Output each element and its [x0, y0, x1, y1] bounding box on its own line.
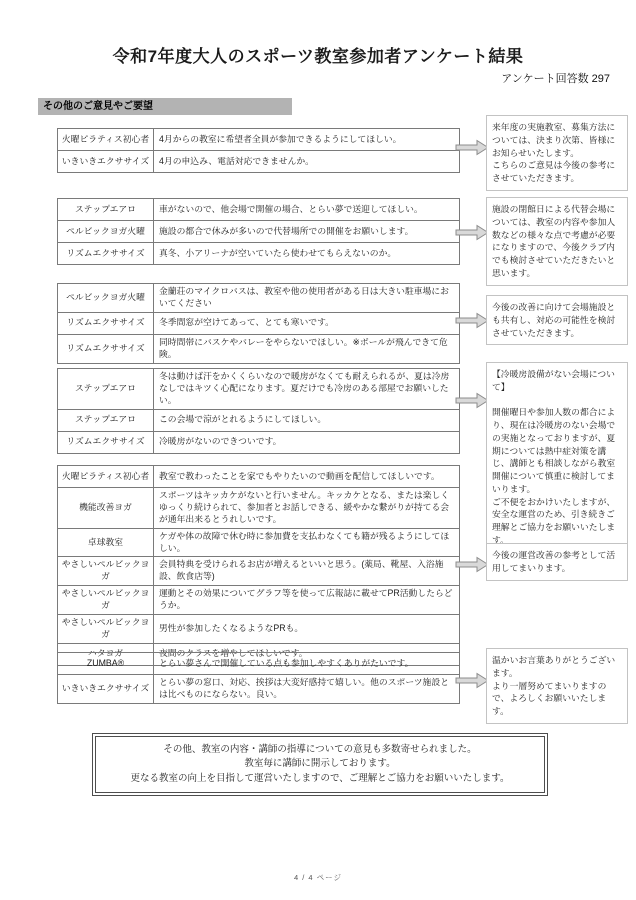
- closing-note-text: その他、教室の内容・講師の指導についての意見も多数寄せられました。 教室毎に講師…: [95, 736, 545, 793]
- arrow-right-icon: [455, 672, 489, 689]
- table-row: 卓球教室ケガや体の故障で休む時に参加費を支払わなくても籍が残るようにしてほしい。: [58, 528, 460, 557]
- arrow-right-icon: [455, 312, 489, 329]
- comment-cell: スポーツはキッカケがないと行いません。キッカケとなる、または楽しくゆっくり続けら…: [154, 488, 460, 529]
- comment-cell: 冬は動けば汗をかくくらいなので暖房がなくても耐えられるが、夏は冷房なしではキツく…: [154, 369, 460, 410]
- comment-table: 火曜ピラティス初心者教室で教わったことを家でもやりたいので動画を配信してほしいで…: [57, 465, 460, 666]
- class-name-cell: リズムエクササイズ: [58, 243, 154, 265]
- class-name-cell: ZUMBA®: [58, 653, 154, 675]
- comment-cell: 車がないので、他会場で開催の場合、とらい夢で送迎してほしい。: [154, 199, 460, 221]
- class-name-cell: 卓球教室: [58, 528, 154, 557]
- comment-cell: 同時間帯にバスケやバレーをやらないでほしい。※ボールが飛んできて危険。: [154, 334, 460, 363]
- document-page: 令和7年度大人のスポーツ教室参加者アンケート結果 アンケート回答数 297 その…: [0, 0, 636, 900]
- class-name-cell: リズムエクササイズ: [58, 312, 154, 334]
- closing-note-box: その他、教室の内容・講師の指導についての意見も多数寄せられました。 教室毎に講師…: [92, 733, 548, 796]
- table-row: リズムエクササイズ冷暖房がないのできついです。: [58, 431, 460, 453]
- comment-cell: 4月からの教室に希望者全員が参加できるようにしてほしい。: [154, 129, 460, 151]
- class-name-cell: 火曜ピラティス初心者: [58, 129, 154, 151]
- comment-table: ステップエアロ冬は動けば汗をかくくらいなので暖房がなくても耐えられるが、夏は冷房…: [57, 368, 460, 454]
- comment-cell: この会場で涼がとれるようにしてほしい。: [154, 409, 460, 431]
- table-row: 火曜ピラティス初心者教室で教わったことを家でもやりたいので動画を配信してほしいで…: [58, 466, 460, 488]
- table-row: やさしいペルビックヨガ運動とその効果についてグラフ等を使って広報誌に載せてPR活…: [58, 586, 460, 615]
- table-row: リズムエクササイズ同時間帯にバスケやバレーをやらないでほしい。※ボールが飛んでき…: [58, 334, 460, 363]
- response-box: 来年度の実施教室、募集方法については、決まり次第、皆様にお知らせいたします。 こ…: [486, 115, 628, 191]
- response-box: 今後の改善に向けて会場施設とも共有し、対応の可能性を検討させていただきます。: [486, 295, 628, 345]
- class-name-cell: ペルビックヨガ火曜: [58, 221, 154, 243]
- table-row: ステップエアロこの会場で涼がとれるようにしてほしい。: [58, 409, 460, 431]
- table-row: やさしいペルビックヨガ男性が参加したくなるようなPRも。: [58, 614, 460, 643]
- response-box: 【冷暖房設備がない会場について】 開催曜日や参加人数の都合により、現在は冷暖房の…: [486, 362, 628, 553]
- arrow-right-icon: [455, 139, 489, 156]
- page-number: 4 / 4 ページ: [0, 872, 636, 883]
- class-name-cell: ステップエアロ: [58, 409, 154, 431]
- table-row: いきいきエクササイズとらい夢の窓口、対応、挨拶は大変好感持て嬉しい。他のスポーツ…: [58, 675, 460, 704]
- response-box: 今後の運営改善の参考として活用してまいります。: [486, 543, 628, 581]
- response-box: 施設の閉館日による代替会場については、教室の内容や参加人数などの様々な点で考慮が…: [486, 197, 628, 286]
- comment-table: ZUMBA®とらい夢さんで開催している点も参加しやすくありがたいです。いきいきエ…: [57, 652, 460, 704]
- class-name-cell: ステップエアロ: [58, 369, 154, 410]
- class-name-cell: やさしいペルビックヨガ: [58, 614, 154, 643]
- table-row: リズムエクササイズ真冬、小アリーナが空いていたら使わせてもらえないのか。: [58, 243, 460, 265]
- response-box: 温かいお言葉ありがとうございます。 より一層努めてまいりますので、よろしくお願い…: [486, 648, 628, 724]
- comment-cell: 教室で教わったことを家でもやりたいので動画を配信してほしいです。: [154, 466, 460, 488]
- table-row: ペルビックヨガ火曜金蘭荘のマイクロバスは、教室や他の使用者がある日は大きい駐車場…: [58, 284, 460, 313]
- comment-table: ペルビックヨガ火曜金蘭荘のマイクロバスは、教室や他の使用者がある日は大きい駐車場…: [57, 283, 460, 364]
- comment-cell: 真冬、小アリーナが空いていたら使わせてもらえないのか。: [154, 243, 460, 265]
- class-name-cell: やさしいペルビックヨガ: [58, 586, 154, 615]
- comment-table: ステップエアロ車がないので、他会場で開催の場合、とらい夢で送迎してほしい。ペルビ…: [57, 198, 460, 265]
- table-row: 機能改善ヨガスポーツはキッカケがないと行いません。キッカケとなる、または楽しくゆ…: [58, 488, 460, 529]
- arrow-right-icon: [455, 392, 489, 409]
- table-row: ステップエアロ車がないので、他会場で開催の場合、とらい夢で送迎してほしい。: [58, 199, 460, 221]
- comment-cell: ケガや体の故障で休む時に参加費を支払わなくても籍が残るようにしてほしい。: [154, 528, 460, 557]
- class-name-cell: いきいきエクササイズ: [58, 151, 154, 173]
- arrow-right-icon: [455, 556, 489, 573]
- comment-cell: 金蘭荘のマイクロバスは、教室や他の使用者がある日は大きい駐車場においてください: [154, 284, 460, 313]
- comment-cell: 施設の都合で休みが多いので代替場所での開催をお願いします。: [154, 221, 460, 243]
- table-row: いきいきエクササイズ4月の申込み、電話対応できませんか。: [58, 151, 460, 173]
- class-name-cell: 火曜ピラティス初心者: [58, 466, 154, 488]
- comment-cell: 男性が参加したくなるようなPRも。: [154, 614, 460, 643]
- class-name-cell: リズムエクササイズ: [58, 334, 154, 363]
- table-row: ZUMBA®とらい夢さんで開催している点も参加しやすくありがたいです。: [58, 653, 460, 675]
- class-name-cell: いきいきエクササイズ: [58, 675, 154, 704]
- comment-cell: とらい夢の窓口、対応、挨拶は大変好感持て嬉しい。他のスポーツ施設とは比べものにな…: [154, 675, 460, 704]
- table-row: リズムエクササイズ冬季間窓が空けてあって、とても寒いです。: [58, 312, 460, 334]
- table-row: ペルビックヨガ火曜施設の都合で休みが多いので代替場所での開催をお願いします。: [58, 221, 460, 243]
- comment-cell: 4月の申込み、電話対応できませんか。: [154, 151, 460, 173]
- comment-cell: 冷暖房がないのできついです。: [154, 431, 460, 453]
- class-name-cell: 機能改善ヨガ: [58, 488, 154, 529]
- comment-cell: 運動とその効果についてグラフ等を使って広報誌に載せてPR活動したらどうか。: [154, 586, 460, 615]
- table-row: やさしいペルビックヨガ会員特典を受けられるお店が増えるといいと思う。(薬局、靴屋…: [58, 557, 460, 586]
- class-name-cell: ステップエアロ: [58, 199, 154, 221]
- comment-cell: 冬季間窓が空けてあって、とても寒いです。: [154, 312, 460, 334]
- comment-table: 火曜ピラティス初心者4月からの教室に希望者全員が参加できるようにしてほしい。いき…: [57, 128, 460, 173]
- class-name-cell: やさしいペルビックヨガ: [58, 557, 154, 586]
- arrow-right-icon: [455, 224, 489, 241]
- class-name-cell: ペルビックヨガ火曜: [58, 284, 154, 313]
- class-name-cell: リズムエクササイズ: [58, 431, 154, 453]
- table-row: 火曜ピラティス初心者4月からの教室に希望者全員が参加できるようにしてほしい。: [58, 129, 460, 151]
- table-row: ステップエアロ冬は動けば汗をかくくらいなので暖房がなくても耐えられるが、夏は冷房…: [58, 369, 460, 410]
- comment-cell: とらい夢さんで開催している点も参加しやすくありがたいです。: [154, 653, 460, 675]
- comment-cell: 会員特典を受けられるお店が増えるといいと思う。(薬局、靴屋、入浴施設、飲食店等): [154, 557, 460, 586]
